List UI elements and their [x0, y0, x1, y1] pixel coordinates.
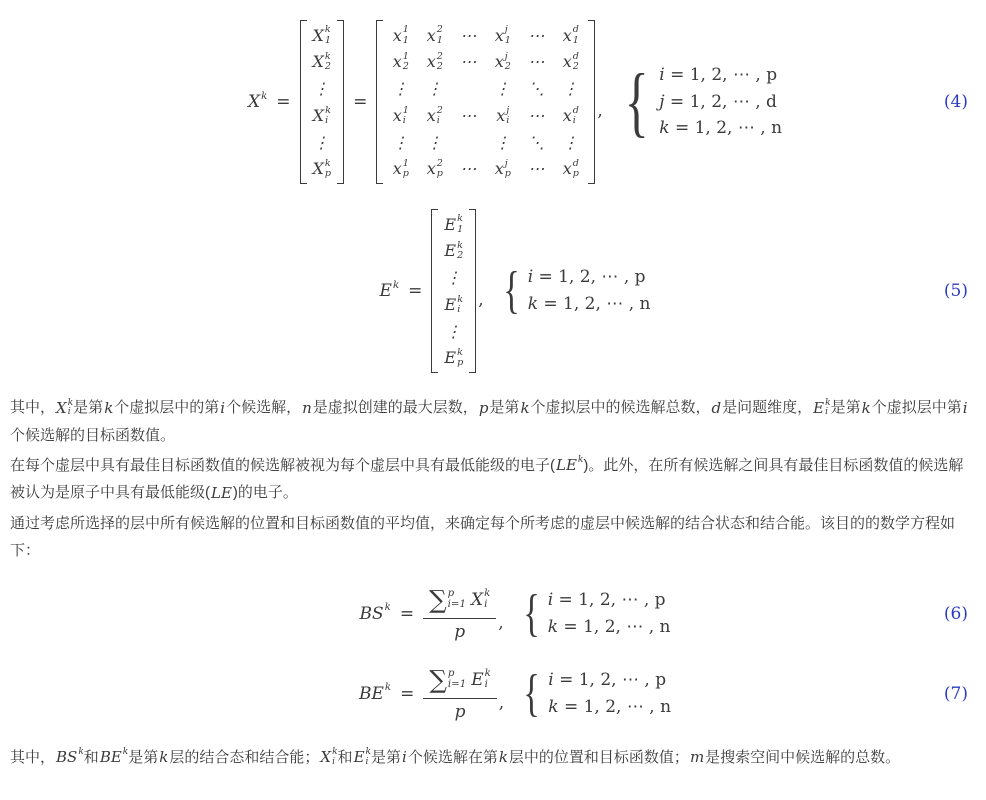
matrix-cell: x2p [427, 159, 443, 179]
var-X: X [248, 92, 260, 112]
matrix-cell: Xk1 [313, 25, 332, 45]
equals-sign: = [400, 684, 414, 704]
matrix-cell: ⋮ [494, 132, 511, 152]
matrix-cell: x12 [393, 52, 409, 72]
text-segment: 个候选解， [226, 399, 302, 416]
comma: , [498, 613, 503, 633]
matrix-cell: ⋮ [426, 132, 443, 152]
matrix-cell: xdp [563, 159, 579, 179]
text-segment: 个虚拟层中的第 [114, 399, 220, 416]
paragraph-1: 其中，Xki是第k个虚拟层中的第i个候选解，n是虚拟创建的最大层数，p是第k个虚… [10, 394, 976, 449]
matrix-cell: xdi [563, 106, 579, 126]
condition-line: k = 1, 2, ⋯ , n [548, 696, 671, 719]
text-segment: 层的结合态和结合能； [169, 749, 320, 766]
text-segment: 其中， [10, 399, 56, 416]
body-text: 其中，Xki是第k个虚拟层中的第i个候选解，n是虚拟创建的最大层数，p是第k个虚… [0, 394, 986, 564]
matrix-cell: ⋮ [562, 132, 579, 152]
text-segment: d [712, 399, 723, 416]
sup-k: k [385, 603, 391, 613]
text-segment: Eki [354, 749, 371, 766]
index-conditions: { i = 1, 2, ⋯ , p k = 1, 2, ⋯ , n [520, 669, 671, 719]
sum-operator: ∑pi=1 [429, 585, 466, 614]
condition-line: k = 1, 2, ⋯ , n [548, 616, 671, 639]
equals-sign: = [408, 281, 422, 301]
matrix-cell: x11 [393, 25, 409, 45]
lhs-e-k: Ek [380, 281, 400, 302]
vector-cells: Xk1Xk2⋮Xki⋮Xkp [308, 20, 337, 183]
text-segment: 是虚拟创建的最大层数， [313, 399, 479, 416]
fraction: ∑pi=1 Xki p [423, 585, 496, 642]
equation-6: BSk = ∑pi=1 Xki p , { i = 1, 2, ⋯ , p k … [0, 576, 986, 652]
text-segment: BEk [100, 749, 128, 766]
condition-line: i = 1, 2, ⋯ , p [548, 589, 671, 612]
text-segment: k [159, 749, 169, 766]
fraction-denominator: p [454, 619, 465, 642]
text-segment: 和 [338, 749, 354, 766]
lhs-bs-k: BSk [360, 603, 391, 624]
text-segment: BSk [56, 749, 84, 766]
matrix-cell: xj1 [495, 25, 511, 45]
fraction-numerator: ∑pi=1 Xki [423, 585, 496, 619]
body-text-bottom: 其中，BSk和BEk是第k层的结合态和结合能；Xki和Eki是第i个候选解在第k… [0, 744, 986, 772]
sigma-symbol: ∑ [429, 585, 447, 614]
matrix-left-bracket [300, 20, 307, 183]
text-segment: 个候选解的目标函数值。 [10, 427, 176, 444]
condition-line: i = 1, 2, ⋯ , p [528, 266, 651, 289]
text-segment: 是第 [489, 399, 520, 416]
lhs-be-k: BEk [359, 683, 391, 704]
text-segment: k [862, 399, 872, 416]
paragraph-4: 其中，BSk和BEk是第k层的结合态和结合能；Xki和Eki是第i个候选解在第k… [10, 744, 976, 772]
text-segment: k [499, 749, 509, 766]
matrix-cell: x2i [427, 106, 443, 126]
equation-6-content: BSk = ∑pi=1 Xki p , { i = 1, 2, ⋯ , p k … [360, 585, 671, 642]
text-segment: 个虚拟层中的候选解总数， [531, 399, 712, 416]
fraction-numerator: ∑pi=1 Eki [423, 665, 496, 699]
condition-line: j = 1, 2, ⋯ , d [659, 91, 782, 114]
condition-line: i = 1, 2, ⋯ , p [548, 669, 671, 692]
text-segment: i [963, 399, 969, 416]
text-segment: 其中， [10, 749, 56, 766]
equation-number-7[interactable]: (7) [944, 684, 968, 704]
text-segment: 是第 [371, 749, 402, 766]
sigma-symbol: ∑ [429, 665, 447, 694]
matrix-cell: Eki [445, 295, 464, 315]
matrix-cell: ⋯ [528, 52, 545, 72]
condition-line: k = 1, 2, ⋯ , n [528, 293, 651, 316]
summand-x: Xki [471, 589, 490, 610]
cases-brace: { [523, 668, 540, 720]
matrix-cell: ⋯ [528, 159, 545, 179]
text-segment: 在每个虚层中具有最佳目标函数值的候选解被视为每个虚层中具有最低能级的电子( [10, 457, 556, 474]
matrix-cell: Ek1 [444, 214, 463, 234]
text-segment: 个候选解在第 [408, 749, 499, 766]
text-segment: Eki [813, 399, 830, 416]
paragraph-2: 在每个虚层中具有最佳目标函数值的候选解被视为每个虚层中具有最低能级的电子(LEk… [10, 452, 976, 507]
text-segment: 是问题维度， [722, 399, 813, 416]
text-segment: LE [211, 484, 233, 501]
text-segment: m [690, 749, 705, 766]
matrix-cell: ⋮ [445, 321, 462, 341]
matrix-cell: Ek2 [444, 241, 463, 261]
matrix-cell: ⋮ [445, 268, 462, 288]
equals-sign: = [400, 604, 414, 624]
text-segment: Xki [56, 399, 73, 416]
text-segment: 和 [84, 749, 100, 766]
matrix-cell: ⋮ [392, 132, 409, 152]
equals-sign: = [353, 92, 367, 112]
matrix-cell: xji [496, 106, 509, 126]
text-segment: n [302, 399, 313, 416]
matrix-cell: ⋮ [313, 79, 330, 99]
sup-k: k [393, 281, 399, 291]
text-segment: )的电子。 [233, 484, 299, 501]
text-segment: p [479, 399, 490, 416]
equation-7-content: BEk = ∑pi=1 Eki p , { i = 1, 2, ⋯ , p k … [359, 665, 671, 722]
equation-number-5[interactable]: (5) [944, 281, 968, 301]
matrix-cell: ⋯ [460, 52, 477, 72]
summand-e: Eki [471, 669, 491, 690]
fraction: ∑pi=1 Eki p [423, 665, 496, 722]
matrix-cell: ⋮ [392, 79, 409, 99]
vector-cells: Ek1Ek2⋮Eki⋮Ekp [439, 209, 468, 372]
matrix-right-bracket [337, 20, 344, 183]
matrix-cell: xjp [495, 159, 511, 179]
matrix-cell: ⋱ [528, 132, 545, 152]
var-BE: BE [359, 684, 384, 704]
equation-number-6[interactable]: (6) [944, 604, 968, 624]
equation-5-content: Ek = Ek1Ek2⋮Eki⋮Ekp , { i = 1, 2, ⋯ , p … [380, 209, 651, 372]
matrix-right-bracket [588, 20, 595, 183]
matrix-cell: ⋯ [460, 159, 477, 179]
x-column-vector: Xk1Xk2⋮Xki⋮Xkp [300, 20, 345, 183]
text-segment: 是第 [831, 399, 862, 416]
matrix-cell: ⋯ [528, 106, 545, 126]
index-conditions: { i = 1, 2, ⋯ , p j = 1, 2, ⋯ , d k = 1,… [619, 64, 782, 141]
equation-4: Xk = Xk1Xk2⋮Xki⋮Xkp = x11x21⋯xj1⋯xd1x12x… [0, 6, 986, 198]
cases-brace: { [503, 265, 520, 317]
sup-k: k [385, 683, 391, 693]
e-column-vector: Ek1Ek2⋮Eki⋮Ekp [431, 209, 476, 372]
equation-7: BEk = ∑pi=1 Eki p , { i = 1, 2, ⋯ , p k … [0, 656, 986, 732]
text-segment: 个虚拟层中第 [872, 399, 963, 416]
matrix-cell: x1i [393, 106, 409, 126]
matrix-left-bracket [376, 20, 383, 183]
text-segment: 是搜索空间中候选解的总数。 [705, 749, 901, 766]
matrix-cell: xd1 [563, 25, 579, 45]
var-BS: BS [360, 604, 384, 624]
matrix-cell: ⋮ [494, 79, 511, 99]
text-segment: 是第 [73, 399, 104, 416]
matrix-cell: ⋮ [313, 132, 330, 152]
matrix-cell: Xk2 [313, 52, 332, 72]
text-segment: 层中的位置和目标函数值； [509, 749, 690, 766]
matrix-cell: xd2 [563, 52, 579, 72]
text-segment: Xki [320, 749, 337, 766]
matrix-cell: Ekp [444, 348, 463, 368]
matrix-cell: ⋯ [460, 106, 477, 126]
equation-5: Ek = Ek1Ek2⋮Eki⋮Ekp , { i = 1, 2, ⋯ , p … [0, 198, 986, 384]
var-E: E [380, 281, 392, 301]
condition-line: i = 1, 2, ⋯ , p [659, 64, 782, 87]
matrix-left-bracket [431, 209, 438, 372]
sup-k: k [261, 92, 267, 102]
text-segment: LEk [556, 457, 583, 474]
condition-line: k = 1, 2, ⋯ , n [659, 117, 782, 140]
matrix-cells: x11x21⋯xj1⋯xd1x12x22⋯xj2⋯xd2⋮⋮⋮⋱⋮x1ix2i⋯… [384, 20, 587, 183]
matrix-cell: Xkp [313, 159, 332, 179]
cases-brace: { [523, 588, 540, 640]
sum-operator: ∑pi=1 [429, 665, 466, 694]
text-segment: k [520, 399, 530, 416]
matrix-cell: x22 [427, 52, 443, 72]
equation-number-4[interactable]: (4) [944, 92, 968, 112]
matrix-cell: Xki [313, 106, 331, 126]
matrix-cell [468, 79, 469, 99]
equation-4-content: Xk = Xk1Xk2⋮Xki⋮Xkp = x11x21⋯xj1⋯xd1x12x… [248, 20, 782, 183]
fraction-denominator: p [455, 699, 466, 722]
comma: , [478, 290, 483, 310]
comma: , [597, 101, 602, 121]
matrix-cell: ⋱ [528, 79, 545, 99]
index-conditions: { i = 1, 2, ⋯ , p k = 1, 2, ⋯ , n [520, 589, 671, 639]
matrix-cell: ⋮ [562, 79, 579, 99]
document-page: Xk = Xk1Xk2⋮Xki⋮Xkp = x11x21⋯xj1⋯xd1x12x… [0, 0, 986, 800]
text-segment: 是第 [128, 749, 159, 766]
matrix-cell [468, 132, 469, 152]
comma: , [499, 693, 504, 713]
matrix-cell: xj2 [495, 52, 511, 72]
matrix-cell: ⋯ [528, 25, 545, 45]
matrix-cell: ⋮ [426, 79, 443, 99]
matrix-right-bracket [469, 209, 476, 372]
index-conditions: { i = 1, 2, ⋯ , p k = 1, 2, ⋯ , n [500, 266, 651, 316]
x-matrix: x11x21⋯xj1⋯xd1x12x22⋯xj2⋯xd2⋮⋮⋮⋱⋮x1ix2i⋯… [376, 20, 595, 183]
lhs-x-k: Xk [248, 92, 267, 113]
equals-sign: = [276, 92, 290, 112]
paragraph-3: 通过考虑所选择的层中所有候选解的位置和目标函数值的平均值，来确定每个所考虑的虚层… [10, 510, 976, 564]
matrix-cell: x21 [427, 25, 443, 45]
matrix-cell: ⋯ [460, 25, 477, 45]
cases-brace: { [624, 63, 648, 141]
text-segment: 通过考虑所选择的层中所有候选解的位置和目标函数值的平均值，来确定每个所考虑的虚层… [10, 515, 955, 559]
text-segment: k [104, 399, 114, 416]
matrix-cell: x1p [393, 159, 409, 179]
